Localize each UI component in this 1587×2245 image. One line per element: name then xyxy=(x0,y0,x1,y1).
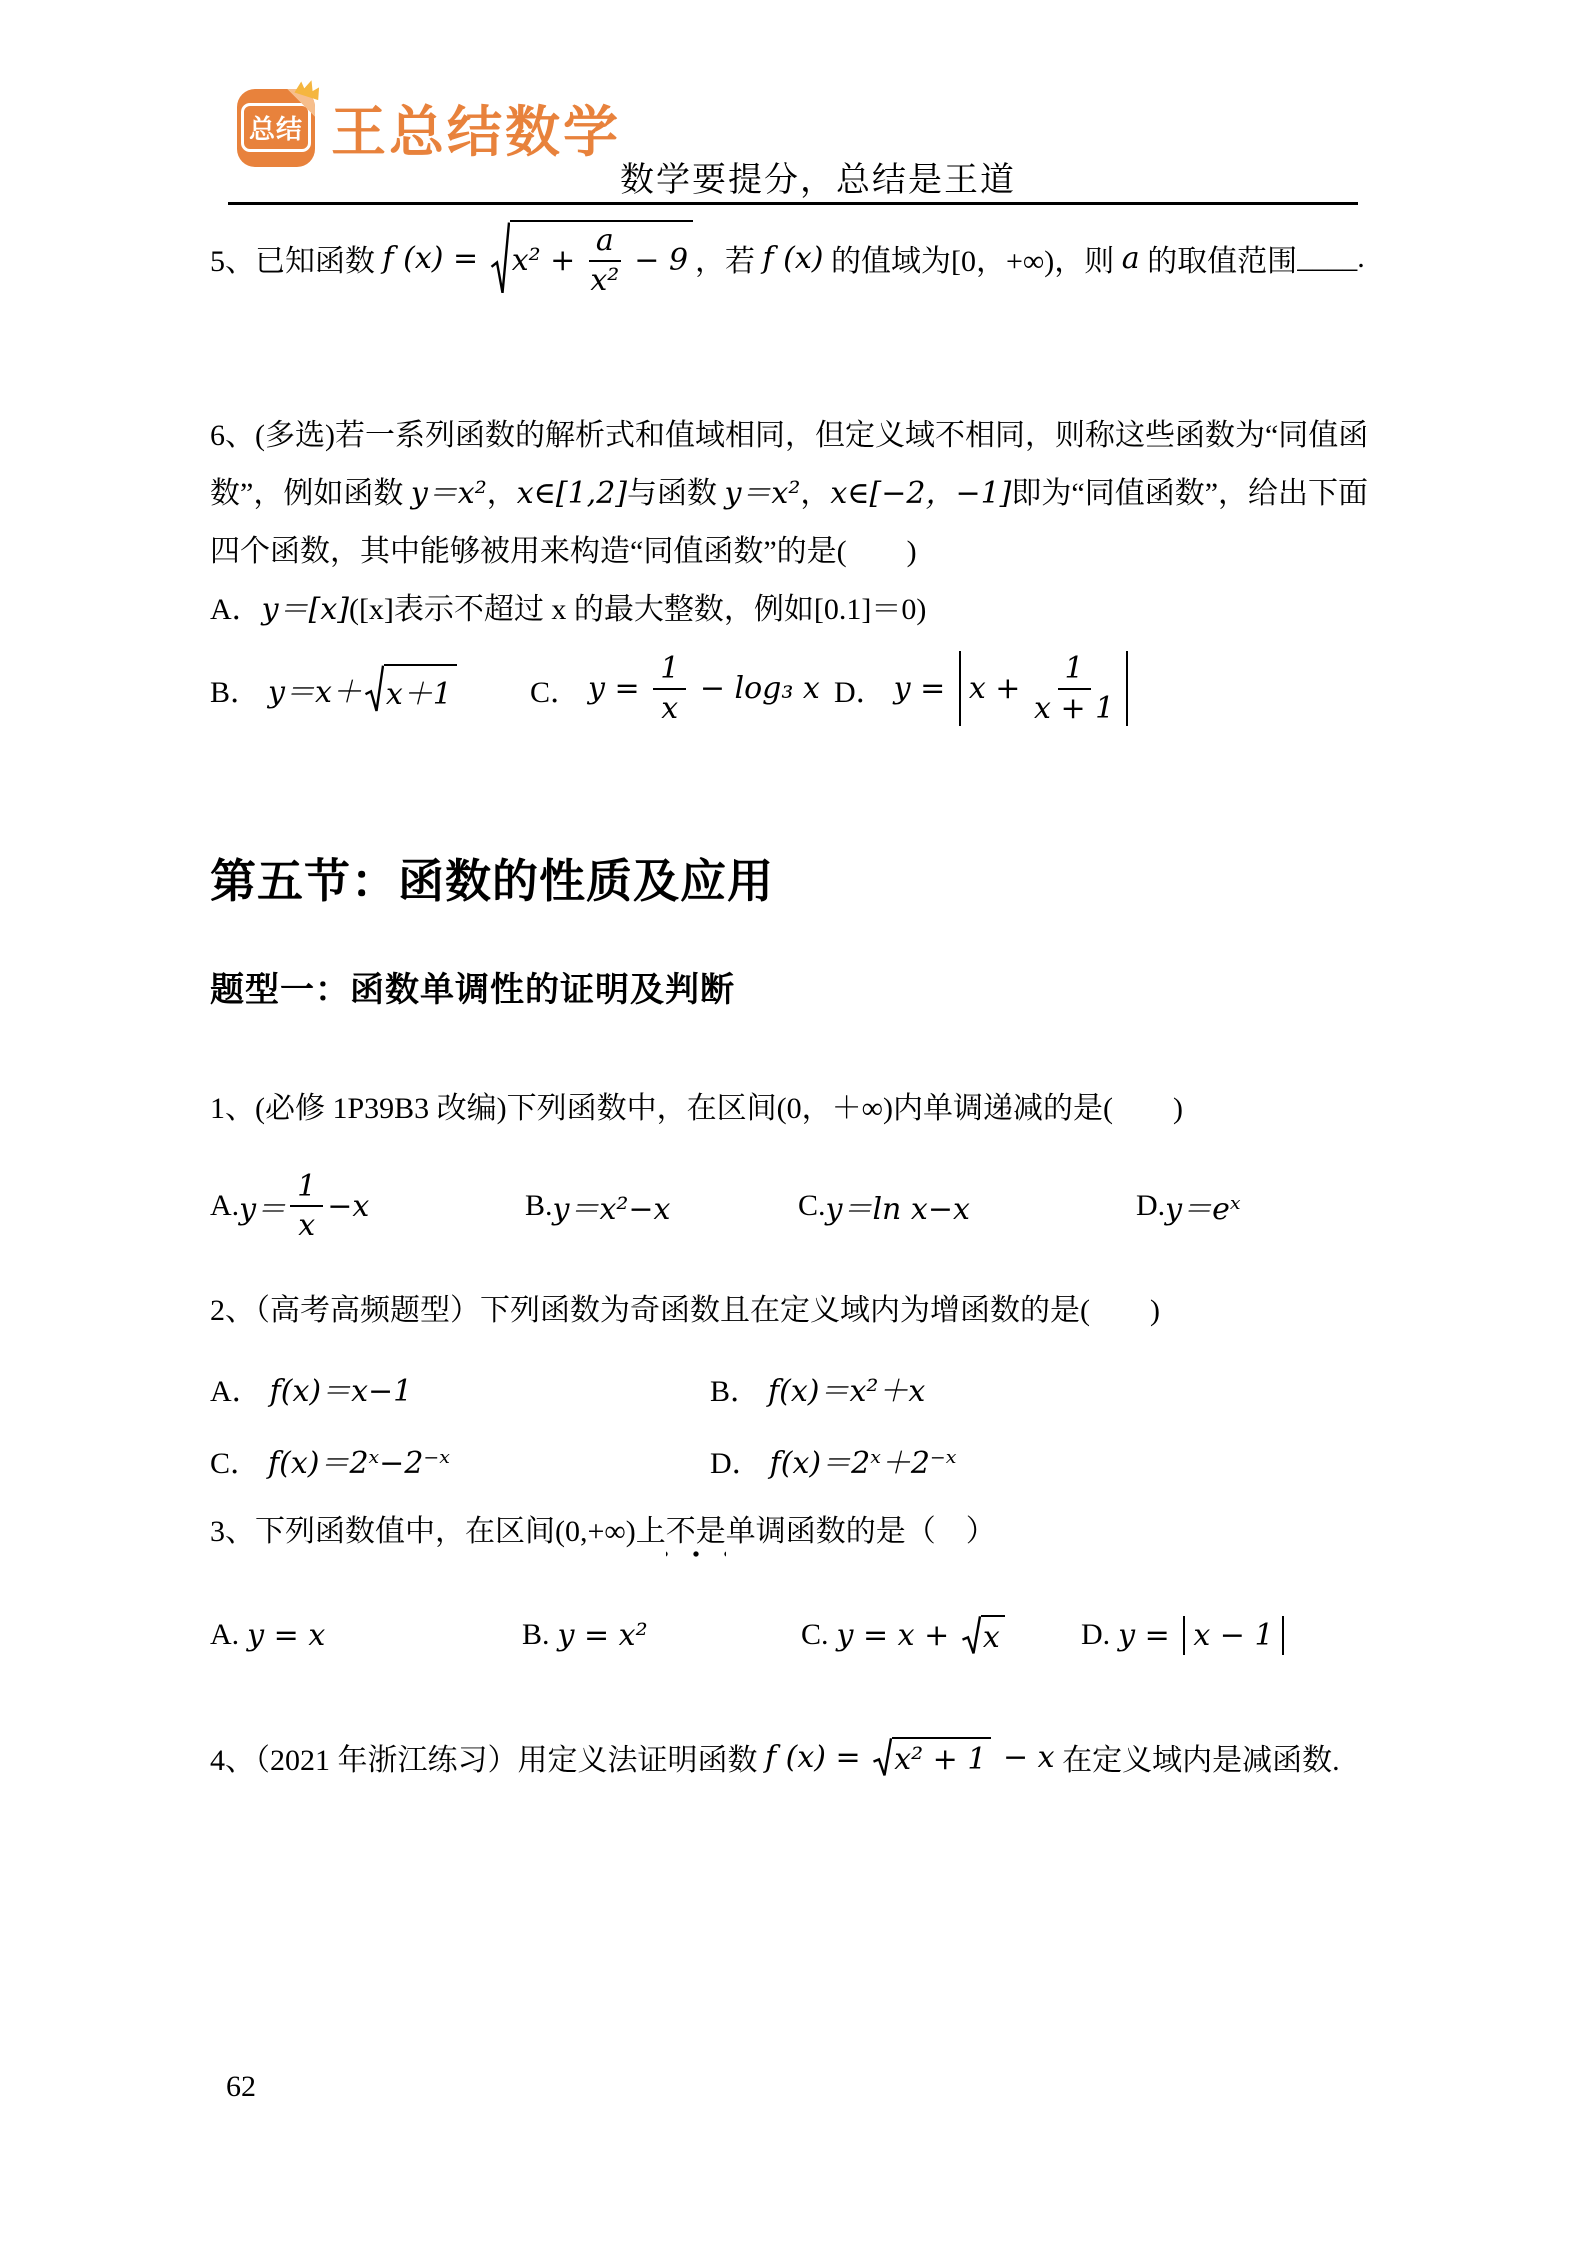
q6-option-b-radical: x＋1 xyxy=(364,664,457,713)
q2-option-c: C．f(x)＝2ˣ−2⁻ˣ xyxy=(210,1438,710,1482)
q5-radicand-left: x² + xyxy=(512,243,585,278)
q3-stem-post: 单调函数的是（ ） xyxy=(726,1515,996,1548)
q6-line2-comma1: ， xyxy=(487,477,517,510)
q5-text-mid2: 的值域为[0，+∞)，则 xyxy=(824,236,1122,280)
q4-text-lead: 4、（2021 年浙江练习）用定义法证明函数 xyxy=(210,1735,765,1779)
q5-fraction-den: x² xyxy=(590,262,619,297)
q2-option-d-label: D． xyxy=(710,1438,762,1482)
q3-option-c: C. y = x + x xyxy=(801,1615,1081,1655)
q6-option-d-num: 1 xyxy=(1058,653,1091,690)
q6-option-c-post: − log₃ x xyxy=(690,671,820,706)
q6-option-c-label: C． xyxy=(530,667,580,711)
q6-line3: 四个函数，其中能够被用来构造“同值函数”的是( ) xyxy=(210,523,1387,581)
q5-answer-blank: ____ xyxy=(1297,241,1357,275)
q6-line2-text2: 与函数 xyxy=(627,477,725,510)
q3-option-b: B.y = x² xyxy=(522,1618,801,1653)
q6-line2-domain2: x∈[−2，−1] xyxy=(830,476,1011,511)
q2-stem: 2、（高考高频题型）下列函数为奇函数且在定义域内为增函数的是( ) xyxy=(210,1282,1387,1340)
q1-option-c: C.y＝ln x−x xyxy=(798,1184,1136,1228)
q6-option-c-num: 1 xyxy=(653,653,686,690)
q5-fraction: a x² xyxy=(589,225,621,296)
q6-option-c-fraction: 1 x xyxy=(653,653,686,724)
q6-option-d-label: D． xyxy=(834,667,886,711)
q3-option-d-abs: x − 1 xyxy=(1183,1616,1283,1655)
q3-options: A.y = x B.y = x² C. y = x + x D. y = x −… xyxy=(210,1609,1387,1661)
q5-radical: x² + a x² − 9 xyxy=(490,220,693,296)
q3-option-b-label: B. xyxy=(522,1618,550,1652)
q4-text-tail: 在定义域内是减函数. xyxy=(1055,1735,1340,1779)
q3-stem-pre: 3、下列函数值中，在区间(0,+∞)上 xyxy=(210,1515,666,1548)
q3-option-c-pre: y = x + xyxy=(837,1618,959,1653)
q3-stem: 3、下列函数值中，在区间(0,+∞)上不是单调函数的是（ ） xyxy=(210,1503,1387,1561)
q1-option-d: D.y＝eˣ xyxy=(1136,1184,1241,1228)
crown-icon xyxy=(292,73,327,101)
q6-line2-domain1: x∈[1,2] xyxy=(517,476,627,511)
q1-option-a-fraction: 1 x xyxy=(290,1171,323,1242)
q2-option-b-label: B． xyxy=(710,1366,760,1410)
q2-option-c-formula: f(x)＝2ˣ−2⁻ˣ xyxy=(268,1438,450,1482)
problem-4: 4、（2021 年浙江练习）用定义法证明函数 f (x) = x² + 1 − … xyxy=(210,1713,1387,1801)
q6-line2-comma2: ， xyxy=(800,477,830,510)
q2-option-c-label: C． xyxy=(210,1438,260,1482)
brand-logo: 总结 王总结数学 xyxy=(237,88,621,167)
q3-option-c-radicand: x xyxy=(981,1615,1005,1655)
q5-fx2: f (x) xyxy=(763,241,824,276)
radical-sign-icon xyxy=(872,1737,892,1777)
q2-options: A．f(x)＝x−1 B．f(x)＝x²＋x C．f(x)＝2ˣ−2⁻ˣ D．f… xyxy=(210,1366,1387,1482)
q5-radicand: x² + a x² − 9 xyxy=(510,220,693,296)
q5-text-tail: 的取值范围 xyxy=(1140,236,1298,280)
q1-option-d-formula: y＝eˣ xyxy=(1165,1184,1240,1228)
q3-option-c-label: C. xyxy=(801,1618,829,1652)
q3-option-d-label: D. xyxy=(1081,1618,1110,1652)
q1-stem: 1、(必修 1P39B3 改编)下列函数中，在区间(0，＋∞)内单调递减的是( … xyxy=(210,1080,1387,1138)
q2-option-a-label: A． xyxy=(210,1366,262,1410)
q6-option-d-abs-pre: x + xyxy=(969,671,1030,706)
q2-option-d-formula: f(x)＝2ˣ＋2⁻ˣ xyxy=(770,1438,957,1482)
q1-option-a-post: −x xyxy=(327,1189,369,1224)
q3-option-d-pre: y = xyxy=(1118,1618,1179,1653)
q6-options-bcd: B． y＝x＋ x＋1 C． y = 1 x − log₃ x xyxy=(210,651,1387,726)
q2-option-a-formula: f(x)＝x−1 xyxy=(270,1366,413,1410)
q4-fx: f (x) = xyxy=(765,1740,870,1775)
q6-option-a-note: ([x]表示不超过 x 的最大整数，例如[0.1]＝0) xyxy=(349,593,926,626)
q6-option-d-den: x + 1 xyxy=(1034,690,1114,725)
q1-option-b-label: B. xyxy=(525,1189,553,1223)
worksheet-page: 总结 王总结数学 数学要提分，总结是王道 5、已知函数 f (x) = x² +… xyxy=(0,0,1587,2245)
q5-var-a: a xyxy=(1122,241,1140,276)
q1-option-a-den: x xyxy=(298,1207,315,1242)
problem-5: 5、已知函数 f (x) = x² + a x² − 9 ，若 f (x) 的值… xyxy=(210,213,1387,303)
q6-option-c: C． y = 1 x − log₃ x xyxy=(530,653,834,724)
q5-fx: f (x) = xyxy=(383,241,488,276)
problem-6: 6、(多选)若一系列函数的解析式和值域相同，但定义域不相同，则称这些函数为“同值… xyxy=(210,407,1387,726)
q6-line2-f2: y＝x² xyxy=(724,476,800,511)
q1-option-a: A.y＝ 1 x −x xyxy=(210,1171,525,1242)
q5-text-lead: 5、已知函数 xyxy=(210,236,383,280)
q6-option-c-pre: y = xyxy=(588,671,649,706)
q1-option-a-label: A. xyxy=(210,1189,239,1223)
q6-option-d-abs: x + 1 x + 1 xyxy=(959,651,1128,726)
q4-post: − x xyxy=(993,1740,1054,1775)
q6-line1: 6、(多选)若一系列函数的解析式和值域相同，但定义域不相同，则称这些函数为“同值… xyxy=(210,407,1387,465)
brand-name: 王总结数学 xyxy=(331,88,621,167)
brand-badge-text: 总结 xyxy=(241,103,311,152)
q1-option-a-num: 1 xyxy=(290,1171,323,1208)
q5-text-mid: ，若 xyxy=(695,236,763,280)
q6-option-c-den: x xyxy=(661,690,678,725)
q6-option-b: B． y＝x＋ x＋1 xyxy=(210,664,530,713)
q3-option-b-formula: y = x² xyxy=(558,1618,648,1653)
q6-option-b-label: B． xyxy=(210,667,260,711)
q6-option-a: A．y＝[x]([x]表示不超过 x 的最大整数，例如[0.1]＝0) xyxy=(210,581,1387,639)
q6-option-d: D． y = x + 1 x + 1 xyxy=(834,651,1132,726)
brand-badge: 总结 xyxy=(237,89,315,167)
header-divider xyxy=(228,202,1358,205)
q6-option-a-formula: y＝[x] xyxy=(262,592,349,627)
q6-line2-f1: y＝x² xyxy=(411,476,487,511)
q2-option-b-formula: f(x)＝x²＋x xyxy=(768,1366,925,1410)
page-number: 62 xyxy=(226,2070,256,2104)
q6-line2: 数”，例如函数 y＝x²，x∈[1,2]与函数 y＝x²，x∈[−2，−1]即为… xyxy=(210,465,1387,523)
q1-option-c-formula: y＝ln x−x xyxy=(826,1184,970,1228)
q6-line2-text1: 数”，例如函数 xyxy=(210,477,411,510)
q3-option-a-label: A. xyxy=(210,1618,239,1652)
section-title: 第五节：函数的性质及应用 xyxy=(210,845,1387,911)
q1-option-b-formula: y＝x²−x xyxy=(553,1184,671,1228)
q2-option-b: B．f(x)＝x²＋x xyxy=(710,1366,1387,1410)
q1-options: A.y＝ 1 x −x B.y＝x²−x C.y＝ln x−x D.y＝eˣ xyxy=(210,1160,1387,1252)
topic-title: 题型一：函数单调性的证明及判断 xyxy=(210,962,1387,1011)
q3-option-a: A.y = x xyxy=(210,1618,522,1653)
q6-option-a-label: A． xyxy=(210,593,262,626)
brand-tagline: 数学要提分，总结是王道 xyxy=(620,152,1016,201)
problem-3: 3、下列函数值中，在区间(0,+∞)上不是单调函数的是（ ） A.y = x B… xyxy=(210,1503,1387,1661)
q6-option-b-pre: y＝x＋ xyxy=(268,667,362,711)
q3-stem-emphasis: 不是 xyxy=(666,1515,726,1558)
q1-option-d-label: D. xyxy=(1136,1189,1165,1223)
radical-sign-icon xyxy=(961,1615,981,1655)
problem-2: 2、（高考高频题型）下列函数为奇函数且在定义域内为增函数的是( ) A．f(x)… xyxy=(210,1282,1387,1482)
q6-option-b-radicand: x＋1 xyxy=(384,664,457,713)
q6-option-d-pre: y = xyxy=(894,671,955,706)
q1-option-c-label: C. xyxy=(798,1189,826,1223)
radical-sign-icon xyxy=(364,664,384,713)
q3-option-a-formula: y = x xyxy=(247,1618,325,1653)
q4-radical: x² + 1 xyxy=(872,1737,991,1777)
q1-option-a-pre: y＝ xyxy=(239,1184,286,1228)
q2-option-a: A．f(x)＝x−1 xyxy=(210,1366,710,1410)
q6-option-d-fraction: 1 x + 1 xyxy=(1034,653,1114,724)
problem-1: 1、(必修 1P39B3 改编)下列函数中，在区间(0，＋∞)内单调递减的是( … xyxy=(210,1080,1387,1252)
q6-line2-text3: 即为“同值函数”，给出下面 xyxy=(1011,477,1368,510)
radical-sign-icon xyxy=(490,220,510,296)
q2-option-d: D．f(x)＝2ˣ＋2⁻ˣ xyxy=(710,1438,1387,1482)
q5-radicand-right: − 9 xyxy=(625,243,688,278)
q5-fraction-num: a xyxy=(589,225,621,262)
q3-option-c-radical: x xyxy=(961,1615,1005,1655)
q1-option-b: B.y＝x²−x xyxy=(525,1184,798,1228)
q3-option-d: D. y = x − 1 xyxy=(1081,1616,1288,1655)
q4-radicand: x² + 1 xyxy=(892,1737,991,1777)
q5-period: . xyxy=(1357,241,1365,275)
